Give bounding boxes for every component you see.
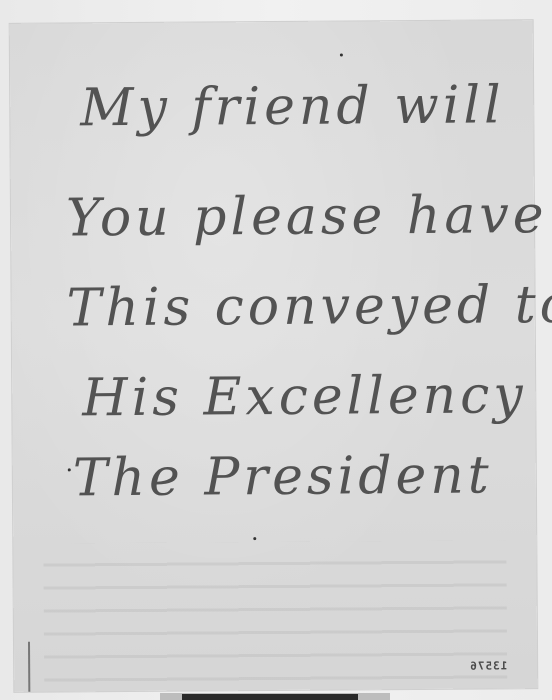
handwriting-line-2: You please have bbox=[66, 185, 548, 248]
archive-stamp-number: 13576 bbox=[469, 659, 507, 672]
handwriting-line-4: His Excellency bbox=[82, 365, 527, 428]
handwritten-note: My friend will You please have This conv… bbox=[10, 20, 538, 692]
scanner-bar bbox=[182, 694, 358, 700]
handwriting-line-1: My friend will bbox=[80, 75, 505, 138]
ink-speck bbox=[340, 54, 343, 57]
document-page: My friend will You please have This conv… bbox=[10, 20, 538, 692]
ink-speck bbox=[68, 468, 71, 471]
handwriting-line-3: This conveyed to bbox=[66, 275, 552, 339]
ink-speck bbox=[253, 537, 256, 540]
handwriting-line-5: The President bbox=[73, 445, 493, 508]
